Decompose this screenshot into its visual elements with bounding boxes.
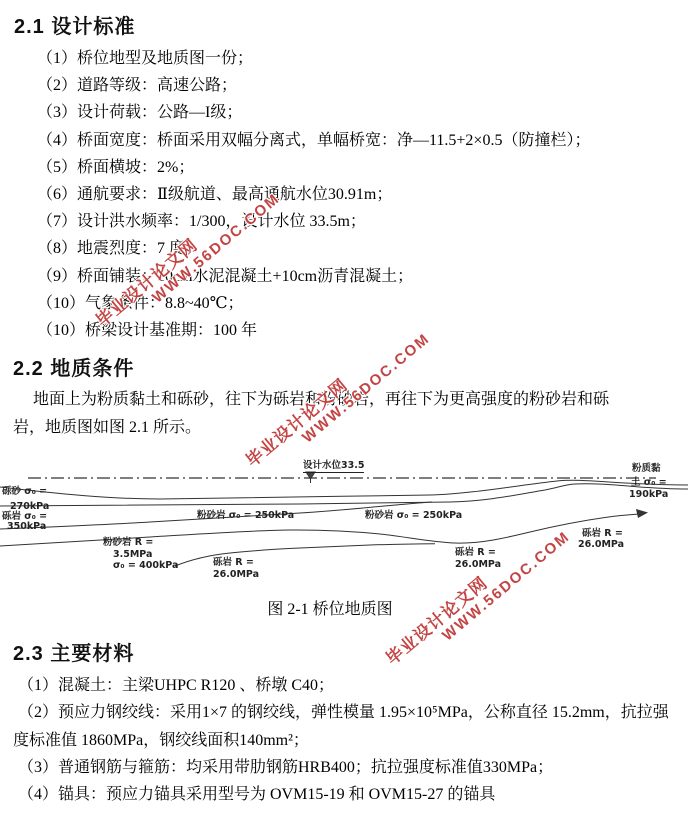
design-standard-item: （6）通航要求：Ⅱ级航道、最高通航水位30.91m； [37,181,590,208]
stratum-arrow-icon [636,509,648,518]
label-conglomerate-value: 350kPa [7,521,46,532]
label-gravel-sand: 砾砂 σ₀ = [2,486,47,497]
label-conglomerate-r3: 砾岩 R = [582,528,623,539]
stratum-line-2 [0,484,688,506]
design-standard-item: （10）气象条件：8.8~40℃； [37,290,590,317]
label-silty-clay-1: 粉质黏 [632,463,661,474]
label-conglomerate-r3-value: 26.0MPa [578,539,624,550]
label-silty-clay-2: 土 σ₀ = [631,477,667,488]
label-design-water-level: 设计水位33.5 [303,460,364,473]
design-standard-item: （2）道路等级：高速公路； [37,72,590,99]
design-standards-list: （1）桥位地型及地质图一份； （2）道路等级：高速公路； （3）设计荷载：公路—… [37,45,590,344]
label-siltstone-r-sigma: σ₀ = 400kPa [113,560,178,571]
material-item: （4）锚具：预应力锚具采用型号为 OVM15-19 和 OVM15-27 的锚具 [13,781,677,808]
section-heading-materials: 2.3 主要材料 [13,637,134,666]
figure-caption: 图 2-1 桥位地质图 [0,596,660,619]
material-item: （1）混凝土：主梁UHPC R120 、桥墩 C40； [13,672,677,699]
label-silty-clay-3: 190kPa [629,489,668,500]
material-item: （2）预应力钢绞线：采用1×7 的钢绞线，弹性模量 1.95×10⁵MPa，公称… [13,699,677,754]
design-standard-item: （4）桥面宽度：桥面采用双幅分离式，单幅桥宽：净—11.5+2×0.5（防撞栏）… [37,127,590,154]
label-siltstone-mid-1: 粉砂岩 σ₀ = 250kPa [197,510,294,521]
label-siltstone-mid-2: 粉砂岩 σ₀ = 250kPa [365,510,462,521]
document-page: 2.1 设计标准 （1）桥位地型及地质图一份； （2）道路等级：高速公路； （3… [0,0,688,835]
design-standard-item: （9）桥面铺装：10cm水泥混凝土+10cm沥青混凝土； [37,263,590,290]
stratum-line-surface [0,480,688,499]
section-heading-design-standards: 2.1 设计标准 [14,10,135,39]
material-item: （3）普通钢筋与箍筋：均采用带肋钢筋HRB400；抗拉强度标准值330MPa； [13,754,677,781]
label-conglomerate-r1-value: 26.0MPa [213,569,259,580]
label-siltstone-r-value: 3.5MPa [113,549,152,560]
design-standard-item: （5）桥面横坡：2%； [37,154,590,181]
design-standard-item: （1）桥位地型及地质图一份； [37,45,590,72]
materials-list: （1）混凝土：主梁UHPC R120 、桥墩 C40； （2）预应力钢绞线：采用… [13,672,677,808]
label-conglomerate-r2-value: 26.0MPa [455,559,501,570]
section-heading-geology: 2.2 地质条件 [13,352,134,381]
design-standard-item: （8）地震烈度：7 度； [37,235,590,262]
design-standard-item: （3）设计荷载：公路—I级； [37,99,590,126]
geology-figure: 设计水位33.5 砾砂 σ₀ = 270kPa 砾岩 σ₀ = 350kPa 粉… [0,452,688,604]
design-standard-item: （7）设计洪水频率：1/300，设计水位 33.5m； [37,208,590,235]
label-conglomerate-r2: 砾岩 R = [455,547,496,558]
label-conglomerate-r1: 砾岩 R = [213,557,254,568]
design-standard-item: （10）桥梁设计基准期：100 年 [37,317,590,344]
stratum-line-4 [0,514,641,546]
label-siltstone-r: 粉砂岩 R = [103,537,153,548]
geology-paragraph: 地面上为粉质黏土和砾砂，往下为砾岩和粉砂岩，再往下为更高强度的粉砂岩和砾岩，地质… [13,386,633,443]
